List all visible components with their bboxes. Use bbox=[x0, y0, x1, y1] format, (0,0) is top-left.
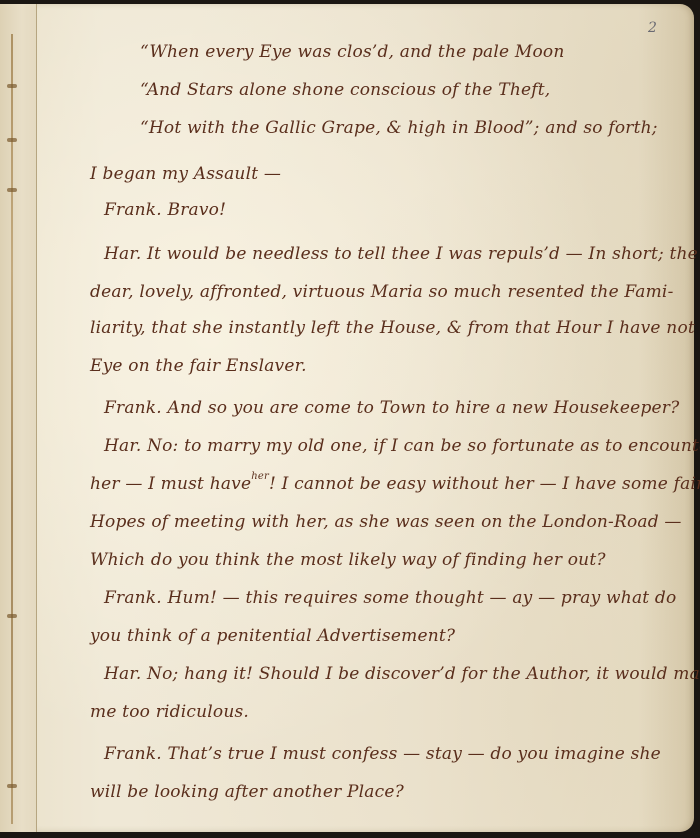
speaker-line: Har. No; hang it! Should I be discover’d… bbox=[104, 664, 700, 684]
text-line: me too ridiculous. bbox=[90, 702, 249, 722]
text-line: “And Stars alone shone conscious of the … bbox=[140, 80, 550, 100]
text-segment: her — I must have bbox=[90, 474, 251, 494]
text-line: will be looking after another Place? bbox=[90, 782, 404, 802]
text-line: I began my Assault — bbox=[90, 164, 281, 184]
text-line: Eye on the fair Enslaver. bbox=[90, 356, 307, 376]
text-line: “Hot with the Gallic Grape, & high in Bl… bbox=[140, 118, 658, 138]
speaker-line: Frank. And so you are come to Town to hi… bbox=[104, 398, 679, 418]
manuscript-page: 2 “When every Eye was clos’d, and the pa… bbox=[0, 4, 694, 832]
speaker-line: Frank. Hum! — this requires some thought… bbox=[104, 588, 676, 608]
speaker-line: Frank. Bravo! bbox=[104, 200, 226, 220]
speaker-line: Har. It would be needless to tell thee I… bbox=[104, 244, 698, 264]
insertion-superscript: her bbox=[251, 471, 269, 482]
speaker-line: Frank. That’s true I must confess — stay… bbox=[104, 744, 661, 764]
manuscript-viewer: 2 “When every Eye was clos’d, and the pa… bbox=[0, 0, 700, 838]
text-line: “When every Eye was clos’d, and the pale… bbox=[140, 42, 565, 62]
text-line: you think of a penitential Advertisement… bbox=[90, 626, 455, 646]
text-line: her — I must haveher! I cannot be easy w… bbox=[90, 474, 700, 494]
text-line: Hopes of meeting with her, as she was se… bbox=[90, 512, 682, 532]
text-segment: ! I cannot be easy without her — I have … bbox=[269, 474, 700, 494]
manuscript-text: “When every Eye was clos’d, and the pale… bbox=[0, 4, 694, 832]
text-line: Which do you think the most likely way o… bbox=[90, 550, 606, 570]
speaker-line: Har. No: to marry my old one, if I can b… bbox=[104, 436, 700, 456]
text-line: liarity, that she instantly left the Hou… bbox=[90, 318, 700, 338]
text-line: dear, lovely, affronted, virtuous Maria … bbox=[90, 282, 674, 302]
